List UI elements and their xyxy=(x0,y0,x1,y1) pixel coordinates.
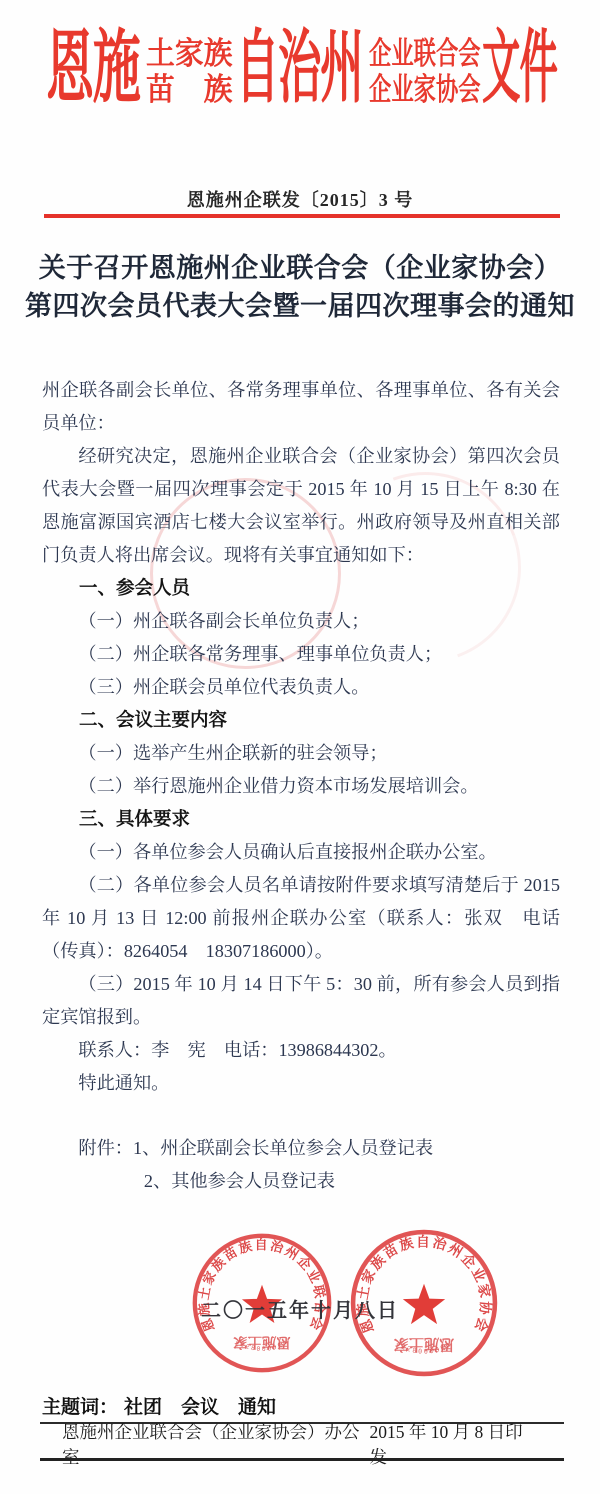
section-1-heading: 一、参会人员 xyxy=(42,572,560,605)
section-2-item: （一）选举产生州企联新的驻会领导； xyxy=(42,737,560,770)
letterhead-qiyejia-xiehui: 企业家协会 xyxy=(369,72,481,108)
intro-paragraph: 经研究决定，恩施州企业联合会（企业家协会）第四次会员代表大会暨一届四次理事会定于… xyxy=(42,440,560,572)
seal-ghost-text: 恩施土家 xyxy=(394,1335,455,1353)
document-body: 州企联各副会长单位、各常务理事单位、各理事单位、各有关会员单位： 经研究决定，恩… xyxy=(42,374,560,1198)
section-3-heading: 三、具体要求 xyxy=(42,803,560,836)
letterhead-qiye-lianhehui: 企业联合会 xyxy=(369,36,481,72)
attachments-line-1: 附件：1、州企联副会长单位参会人员登记表 xyxy=(42,1132,560,1165)
section-2-item: （二）举行恩施州企业借力资本市场发展培训会。 xyxy=(42,770,560,803)
section-2-heading: 二、会议主要内容 xyxy=(42,704,560,737)
red-divider-line xyxy=(44,214,560,218)
title-line-1: 关于召开恩施州企业联合会（企业家协会） xyxy=(20,249,580,287)
letterhead-association-stack: 企业联合会 企业家协会 xyxy=(369,36,481,108)
footer-row: 恩施州企业联合会（企业家协会）办公室 2015 年 10 月 8 日印发 xyxy=(40,1430,564,1457)
footer-divider-bottom xyxy=(40,1458,564,1461)
section-1-item: （三）州企联会员单位代表负责人。 xyxy=(42,671,560,704)
section-3-item: （一）各单位参会人员确认后直接报州企联办公室。 xyxy=(42,836,560,869)
letterhead-zizhizhou: 自治州 xyxy=(236,26,362,112)
salutation: 州企联各副会长单位、各常务理事单位、各理事单位、各有关会员单位： xyxy=(42,374,560,440)
seal-ghost-text: 恩施土家 xyxy=(233,1334,291,1352)
letterhead-tujia-miao-stack: 土家族 苗 族 xyxy=(146,36,232,108)
letterhead-wenjian: 文件 xyxy=(482,26,557,112)
keyword-terms: 社团 会议 通知 xyxy=(124,1396,276,1418)
issuing-office: 恩施州企业联合会（企业家协会）办公室 xyxy=(40,1419,369,1469)
letterhead-tujiazu: 土家族 xyxy=(146,36,232,72)
subject-keywords: 主题词：社团 会议 通知 xyxy=(42,1392,560,1419)
title-line-2: 第四次会员代表大会暨一届四次理事会的通知 xyxy=(20,287,580,325)
print-date: 2015 年 10 月 8 日印发 xyxy=(369,1419,564,1469)
document-page: 恩施 土家族 苗 族 自治州 企业联合会 企业家协会 文件 恩施州企联发〔201… xyxy=(0,0,600,1494)
attachments-line-2: 2、其他参会人员登记表 xyxy=(42,1165,560,1198)
keyword-label: 主题词： xyxy=(42,1396,118,1418)
section-1-item: （二）州企联各常务理事、理事单位负责人； xyxy=(42,638,560,671)
signature-date: 二〇一五年十月八日 xyxy=(0,1294,600,1323)
section-1-item: （一）州企联各副会长单位负责人； xyxy=(42,605,560,638)
letterhead-enshi: 恩施 xyxy=(46,26,140,112)
section-3-item: （三）2015 年 10 月 14 日下午 5：30 前，所有参会人员到指定宾馆… xyxy=(42,968,560,1034)
document-title: 关于召开恩施州企业联合会（企业家协会） 第四次会员代表大会暨一届四次理事会的通知 xyxy=(20,249,580,325)
doc-number: 恩施州企联发〔2015〕3 号 xyxy=(0,186,600,212)
letterhead-miaozu: 苗 族 xyxy=(146,72,232,108)
attachments-label: 附件： xyxy=(78,1138,133,1158)
contact-line: 联系人：李 宪 电话：13986844302。 xyxy=(42,1034,560,1067)
closing-line: 特此通知。 xyxy=(42,1067,560,1100)
section-3-item: （二）各单位参会人员名单请按附件要求填写清楚后于 2015 年 10 月 13 … xyxy=(42,869,560,968)
attachment-item-1: 1、州企联副会长单位参会人员登记表 xyxy=(133,1138,433,1158)
